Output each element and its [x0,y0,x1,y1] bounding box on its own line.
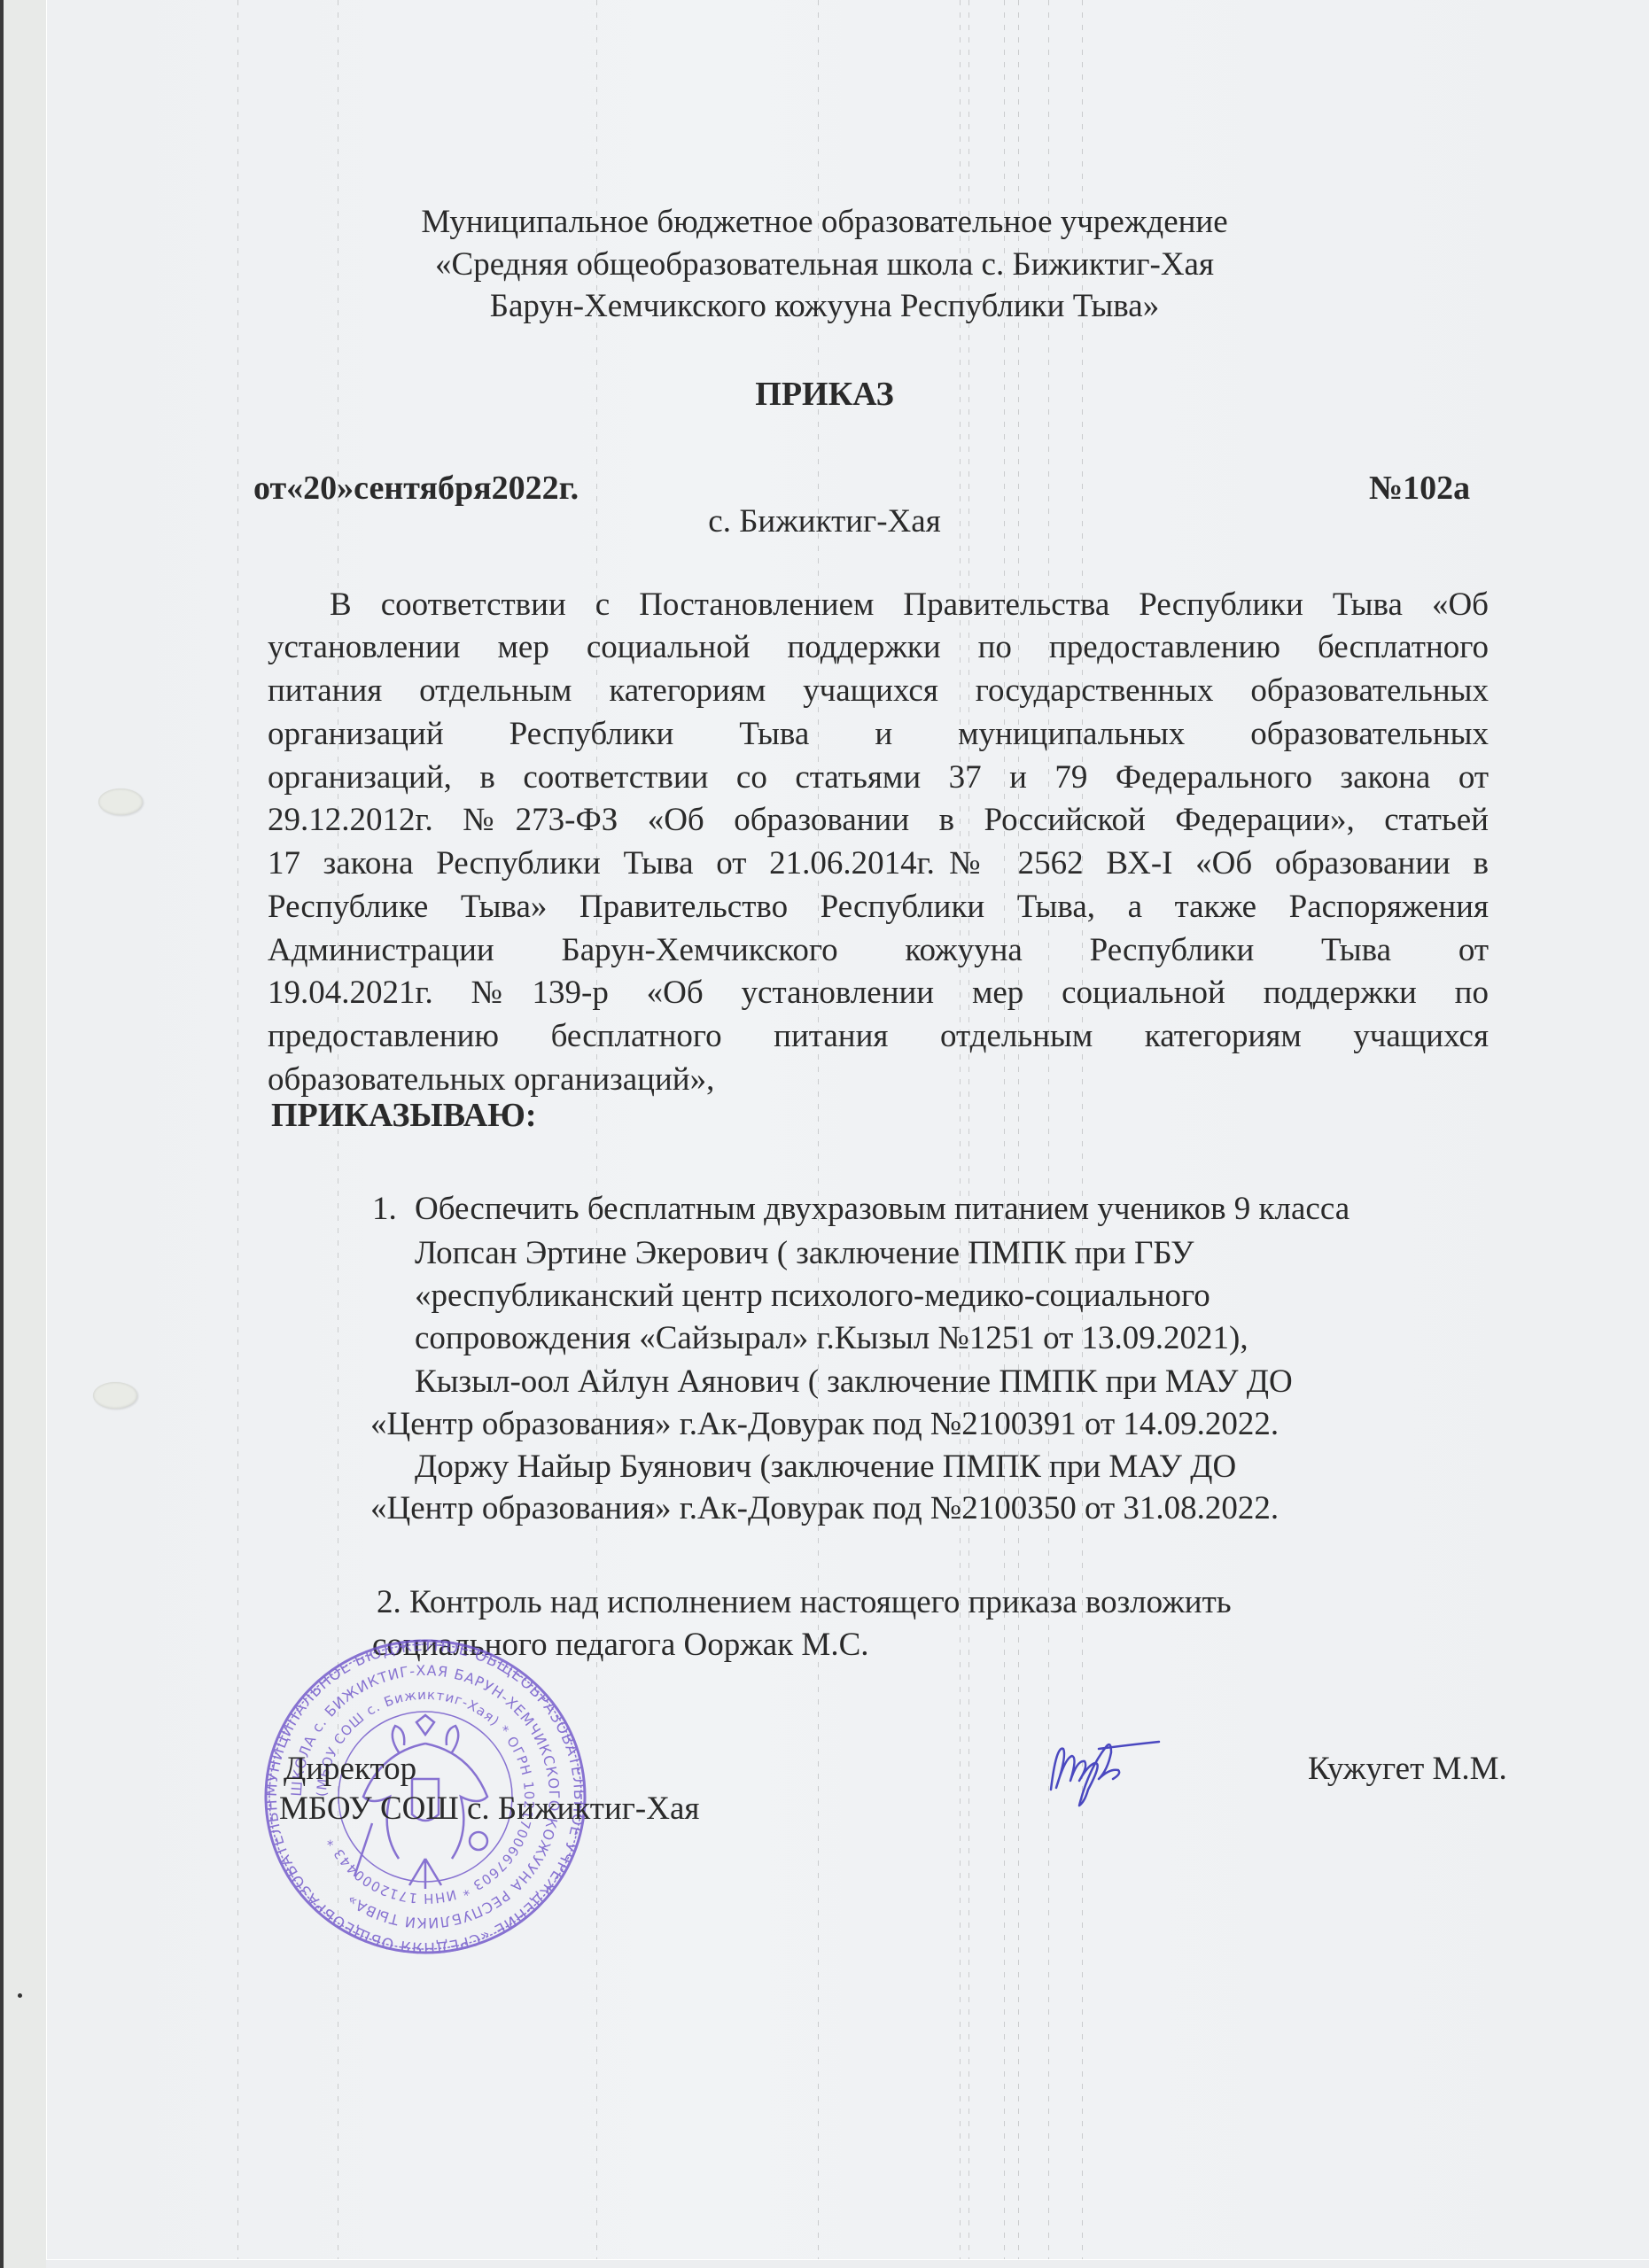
preamble-line: Администрации Барун-Хемчикского кожууна … [268,934,1489,967]
item-2-line: Контроль над исполнением настоящего прик… [409,1586,1232,1619]
punch-hole [98,788,143,815]
document-title: ПРИКАЗ [0,377,1649,411]
signature-position: Директор [284,1752,416,1785]
preamble-line: организаций, в соответствии со статьями … [268,761,1489,794]
preamble-line: предоставлению бесплатного питания отдел… [268,1020,1489,1052]
preamble-line: 29.12.2012г. №273-ФЗ «Об образовании в Р… [268,804,1489,836]
signature-organization: МБОУ СОШ с. Бижиктиг-Хая [279,1792,699,1825]
scan-streak [968,0,969,2259]
order-word: ПРИКАЗЫВАЮ: [271,1099,537,1132]
preamble-line: 17 закона Республики Тыва от 21.06.2014г… [268,847,1489,880]
scan-streak [1048,0,1049,2259]
scan-streak [1004,0,1005,2259]
signatory-name: Кужугет М.М. [1308,1752,1507,1785]
document-place: с. Бижиктиг-Хая [0,505,1649,538]
preamble-line: образовательных организаций», [268,1063,1489,1096]
org-header-line-1: Муниципальное бюджетное образовательное … [0,206,1649,238]
preamble-line: организаций Республики Тыва и муниципаль… [268,718,1489,750]
scan-streak [596,0,597,2259]
scan-streak [237,0,238,2259]
preamble-line: Республике Тыва» Правительство Республик… [268,890,1489,923]
item-1-line: «Центр образования» г.Ак-Довурак под №21… [370,1408,1279,1441]
item-1-line: «республиканский центр психолого-медико-… [415,1279,1210,1312]
scan-streak [960,0,961,2259]
scan-streak [1018,0,1019,2259]
org-header-line-2: «Средняя общеобразовательная школа с. Би… [0,248,1649,281]
item-1-line: «Центр образования» г.Ак-Довурак под №21… [370,1492,1279,1525]
preamble-line: В соответствии с Постановлением Правител… [330,588,1489,621]
scan-streak [1082,0,1083,2259]
handwritten-signature [1046,1728,1161,1807]
preamble-line: питания отдельным категориям учащихся го… [268,674,1489,707]
scan-margin [4,0,46,2268]
item-1-line: сопровождения «Сайзырал» г.Кызыл №1251 о… [415,1322,1248,1355]
document-number: №102а [1369,471,1470,505]
scan-speck [18,1993,22,1998]
scan-streak [818,0,819,2259]
document-date: от«20»сентября2022г. [253,471,579,505]
org-header-line-3: Барун-Хемчикского кожууна Республики Тыв… [0,290,1649,322]
item-2-number: 2. [377,1586,401,1619]
preamble-line: установлении мер социальной поддержки по… [268,631,1489,664]
preamble-line: 19.04.2021г. №139-р «Об установлении мер… [268,976,1489,1009]
item-1-line: Кызыл-оол Айлун Аянович ( заключение ПМП… [415,1365,1293,1398]
item-1-number: 1. [372,1192,397,1225]
item-1-line: Лопсан Эртине Экерович ( заключение ПМПК… [415,1237,1194,1270]
item-1-line: Обеспечить бесплатным двухразовым питани… [415,1192,1350,1225]
item-1-line: Доржу Найыр Буянович (заключение ПМПК пр… [415,1450,1236,1483]
punch-hole [93,1382,137,1409]
